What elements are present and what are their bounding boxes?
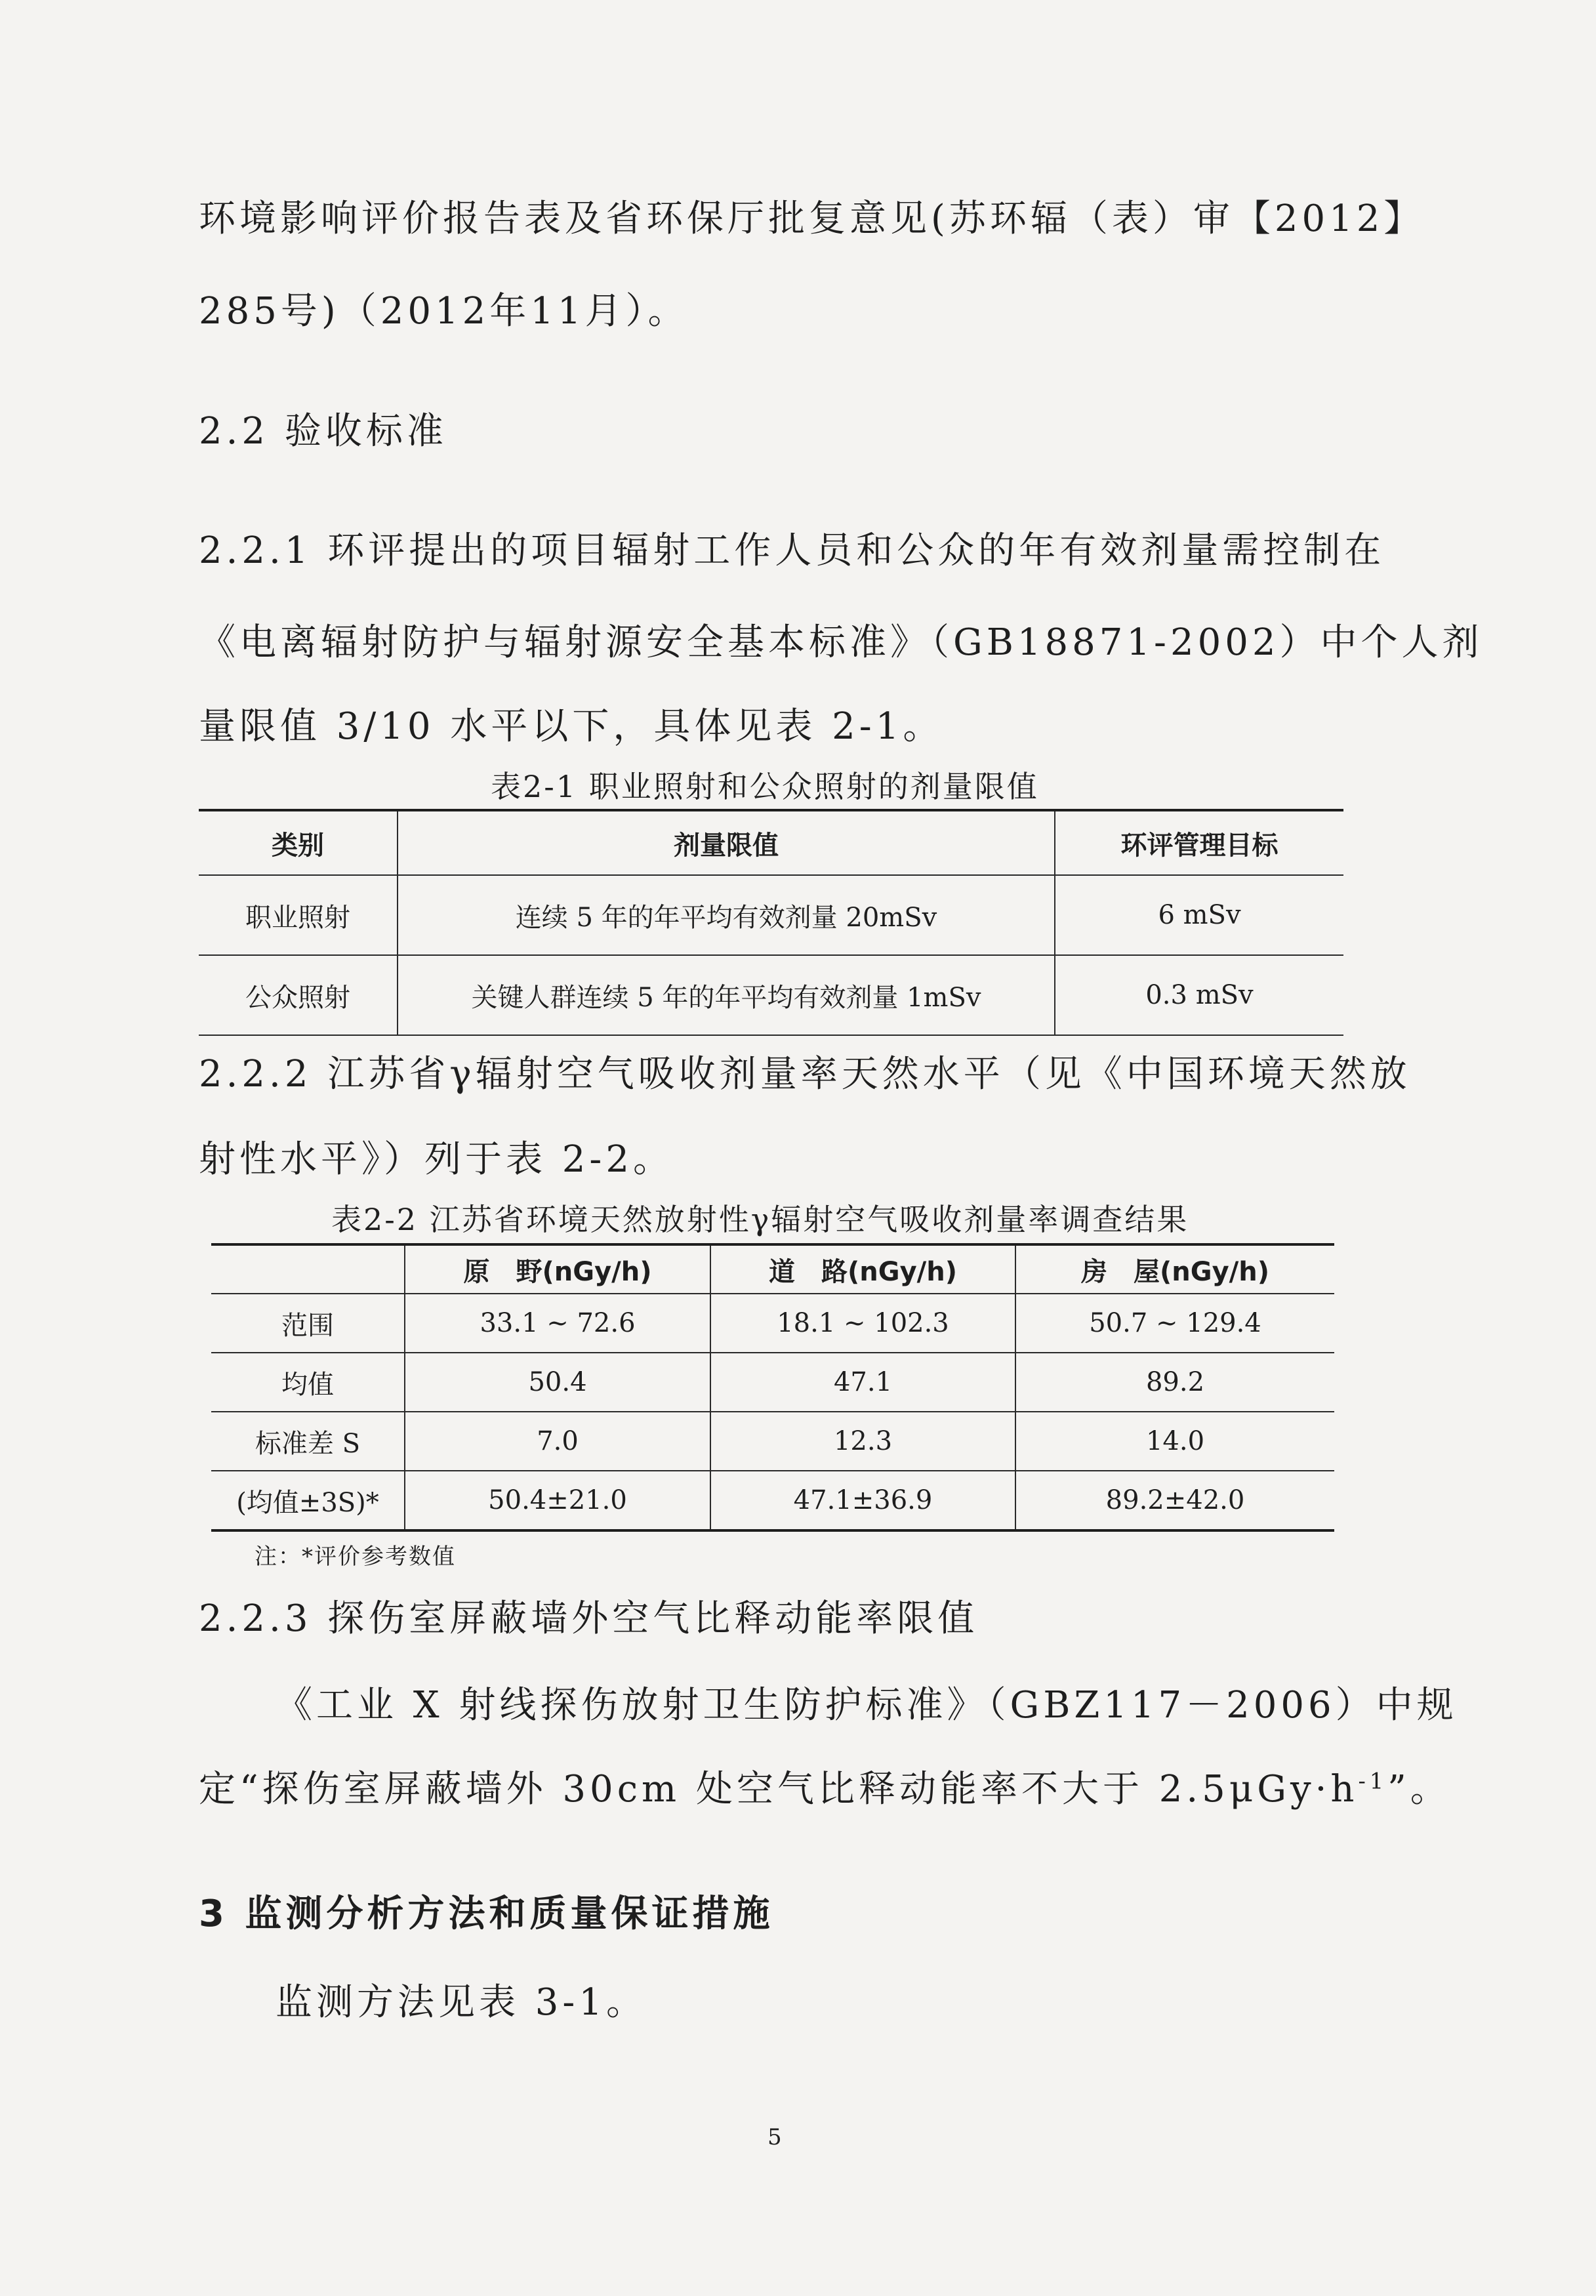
paragraph-line: 2.2.1 环评提出的项目辐射工作人员和公众的年有效剂量需控制在 [199, 533, 1385, 569]
table-cell: (均值±3S)* [211, 1471, 405, 1530]
table-cell: 50.4 [405, 1353, 710, 1412]
table-header-cell: 道 路(nGy/h) [710, 1244, 1015, 1294]
table-cell: 0.3 mSv [1055, 955, 1343, 1035]
table-2-2-caption: 表2-2 江苏省环境天然放射性γ辐射空气吸收剂量率调查结果 [331, 1204, 1189, 1235]
table-cell: 12.3 [710, 1412, 1015, 1471]
paragraph-line: 《电离辐射防护与辐射源安全基本标准》（GB18871-2002）中个人剂 [199, 625, 1483, 661]
table-cell: 关键人群连续 5 年的年平均有效剂量 1mSv [398, 955, 1055, 1035]
table-cell: 50.7 ~ 129.4 [1015, 1294, 1334, 1353]
section-heading-2-2-3: 2.2.3 探伤室屏蔽墙外空气比释动能率限值 [199, 1601, 978, 1637]
table-cell: 连续 5 年的年平均有效剂量 20mSv [398, 875, 1055, 955]
paragraph-line: 定“探伤室屏蔽墙外 30cm 处空气比释动能率不大于 2.5μGy·h-1”。 [199, 1771, 1451, 1808]
table-2-2: 原 野(nGy/h) 道 路(nGy/h) 房 屋(nGy/h) 范围 33.1… [211, 1243, 1334, 1532]
table-header-cell: 类别 [199, 810, 398, 875]
table-cell: 7.0 [405, 1412, 710, 1471]
table-header-cell: 原 野(nGy/h) [405, 1244, 710, 1294]
table-cell: 6 mSv [1055, 875, 1343, 955]
table-cell: 89.2±42.0 [1015, 1471, 1334, 1530]
table-cell: 18.1 ~ 102.3 [710, 1294, 1015, 1353]
paragraph-line: 《工业 X 射线探伤放射卫生防护标准》（GBZ117－2006）中规 [276, 1687, 1458, 1724]
table-row: 公众照射 关键人群连续 5 年的年平均有效剂量 1mSv 0.3 mSv [199, 955, 1343, 1035]
table-cell: 33.1 ~ 72.6 [405, 1294, 710, 1353]
table-header-cell: 剂量限值 [398, 810, 1055, 875]
table-header-cell [211, 1244, 405, 1294]
paragraph-text: 定“探伤室屏蔽墙外 30cm 处空气比释动能率不大于 2.5μGy·h [199, 1768, 1358, 1811]
table-cell: 89.2 [1015, 1353, 1334, 1412]
table-cell: 职业照射 [199, 875, 398, 955]
superscript: -1 [1358, 1768, 1387, 1794]
document-page: 环境影响评价报告表及省环保厅批复意见(苏环辐（表）审【2012】 285号)（2… [0, 0, 1596, 2296]
table-row: (均值±3S)* 50.4±21.0 47.1±36.9 89.2±42.0 [211, 1471, 1334, 1530]
table-cell: 公众照射 [199, 955, 398, 1035]
table-cell: 50.4±21.0 [405, 1471, 710, 1530]
page-number: 5 [767, 2124, 782, 2150]
table-row: 范围 33.1 ~ 72.6 18.1 ~ 102.3 50.7 ~ 129.4 [211, 1294, 1334, 1353]
table-cell: 47.1 [710, 1353, 1015, 1412]
table-header-cell: 环评管理目标 [1055, 810, 1343, 875]
table-row: 职业照射 连续 5 年的年平均有效剂量 20mSv 6 mSv [199, 875, 1343, 955]
paragraph-line: 监测方法见表 3-1。 [276, 1984, 647, 2021]
section-heading-3: 3 监测分析方法和质量保证措施 [199, 1896, 773, 1933]
table-2-2-note: 注：*评价参考数值 [255, 1538, 456, 1570]
table-cell: 47.1±36.9 [710, 1471, 1015, 1530]
paragraph-text: ”。 [1387, 1768, 1451, 1811]
table-cell: 范围 [211, 1294, 405, 1353]
table-cell: 均值 [211, 1353, 405, 1412]
paragraph-line: 285号)（2012年11月）。 [199, 293, 689, 330]
table-header-cell: 房 屋(nGy/h) [1015, 1244, 1334, 1294]
table-cell: 14.0 [1015, 1412, 1334, 1471]
table-2-1-caption: 表2-1 职业照射和公众照射的剂量限值 [491, 771, 1039, 802]
table-row: 标准差 S 7.0 12.3 14.0 [211, 1412, 1334, 1471]
paragraph-line: 环境影响评价报告表及省环保厅批复意见(苏环辐（表）审【2012】 [199, 201, 1424, 237]
table-cell: 标准差 S [211, 1412, 405, 1471]
table-header-row: 类别 剂量限值 环评管理目标 [199, 810, 1343, 875]
paragraph-line: 量限值 3/10 水平以下，具体见表 2-1。 [199, 708, 943, 745]
section-heading-2-2: 2.2 验收标准 [199, 413, 447, 450]
table-header-row: 原 野(nGy/h) 道 路(nGy/h) 房 屋(nGy/h) [211, 1244, 1334, 1294]
paragraph-line: 2.2.2 江苏省γ辐射空气吸收剂量率天然水平（见《中国环境天然放 [199, 1056, 1411, 1093]
paragraph-line: 射性水平》）列于表 2-2。 [199, 1141, 674, 1178]
table-2-1: 类别 剂量限值 环评管理目标 职业照射 连续 5 年的年平均有效剂量 20mSv… [199, 809, 1343, 1036]
table-row: 均值 50.4 47.1 89.2 [211, 1353, 1334, 1412]
